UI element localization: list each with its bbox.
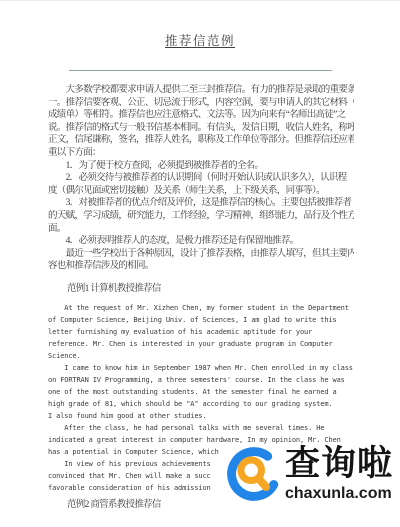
intro-paragraph: 大多数学校都要求申请人提供二至三封推荐信。有力的推荐是录取的重要条件之一。推荐信… (48, 84, 354, 160)
guideline-item-3: 3．对被推荐者的优点介绍及评价，这是推荐信的核心。主要包括被推荐者的天赋，学习成… (48, 197, 354, 235)
text-line: 的天赋，学习成绩，研究能力，工作经验，学习精神，组织能力，品行及个性方 (48, 210, 354, 223)
page-title: 推荐信范例 (0, 31, 400, 49)
letter-paragraph-2: I came to know him in September 1987 whe… (48, 362, 354, 422)
text-line: After the class, he had personal talks w… (48, 422, 354, 434)
text-line: At the request of Mr. Xizhen Chen, my fo… (48, 302, 354, 314)
guideline-item-4: 4．必须表明推荐人的态度，是极力推荐还是有保留地推荐。 (48, 235, 354, 248)
text-line: 1．为了便于校方查阅，必须提到被推荐者的全名。 (48, 160, 354, 173)
example1-heading: 范例1 计算机教授推荐信 (48, 283, 354, 296)
text-line: 面。 (48, 223, 354, 236)
text-line: 3．对被推荐者的优点介绍及评价，这是推荐信的核心。主要包括被推荐者 (48, 197, 354, 210)
text-line: I also found him good at other studies. (48, 410, 354, 422)
text-line: reference. Mr. Chen is interested in you… (48, 338, 354, 350)
text-line: 最近一些学校出于各种原因，设计了推荐表格，由推荐人填写，但其主要内 (48, 248, 354, 261)
text-line: letter furnishing my evaluation of his a… (48, 326, 354, 338)
text-line: 一。推荐信要客观、公正、切忌流于形式，内容空洞，要与申请人的其它材料（如 (48, 97, 354, 110)
text-line: 4．必须表明推荐人的态度，是极力推荐还是有保留地推荐。 (48, 235, 354, 248)
text-line: Science. (48, 350, 354, 362)
text-line: 重以下方面： (48, 147, 354, 160)
document-page: 推荐信范例 大多数学校都要求申请人提供二至三封推荐信。有力的推荐是录取的重要条件… (0, 0, 400, 527)
text-line: 度（偶尔见面或密切接触）及关系（师生关系，上下级关系，同事等）。 (48, 185, 354, 198)
text-line: of Computer Science, Beijing Univ. of Sc… (48, 314, 354, 326)
watermark-domain: chaxunla.com (285, 485, 393, 502)
text-line: 正文，信尾谦称，签名，推荐人姓名，职称及工作单位等部分。但推荐信还应着 (48, 134, 354, 147)
text-line: 大多数学校都要求申请人提供二至三封推荐信。有力的推荐是录取的重要条件之 (48, 84, 354, 97)
watermark-brand: 查询啦 (285, 444, 393, 484)
note-paragraph: 最近一些学校出于各种原因，设计了推荐表格，由推荐人填写，但其主要内容也和推荐信涉… (48, 248, 354, 273)
text-line: 说。推荐信的格式与一般书信基本相同。有信头，发信日期，收信人姓名，称呼， (48, 122, 354, 135)
text-line: on FORTRAN IV Programming, a three semes… (48, 374, 354, 386)
watermark: 查询啦 chaxunla.com (226, 444, 400, 524)
text-line: 容也和推荐信涉及的相同。 (48, 260, 354, 273)
text-line: I came to know him in September 1987 whe… (48, 362, 354, 374)
watermark-text: 查询啦 chaxunla.com (285, 444, 393, 502)
text-line: high grade of 81, which should be "A" ac… (48, 398, 354, 410)
text-line: 2．必须交待与被推荐者的认识期间（何时开始认识或认识多久），认识程 (48, 172, 354, 185)
text-line: 成绩单）等相符。推荐信也应注意格式、文法等。因为向来有“名师出高徒”之 (48, 109, 354, 122)
guideline-item-2: 2．必须交待与被推荐者的认识期间（何时开始认识或认识多久），认识程度（偶尔见面或… (48, 172, 354, 197)
text-line: one of the most outstanding students. At… (48, 386, 354, 398)
letter-paragraph-1: At the request of Mr. Xizhen Chen, my fo… (48, 302, 354, 362)
magnifier-logo-icon (226, 446, 282, 502)
guideline-item-1: 1．为了便于校方查阅，必须提到被推荐者的全名。 (48, 160, 354, 173)
